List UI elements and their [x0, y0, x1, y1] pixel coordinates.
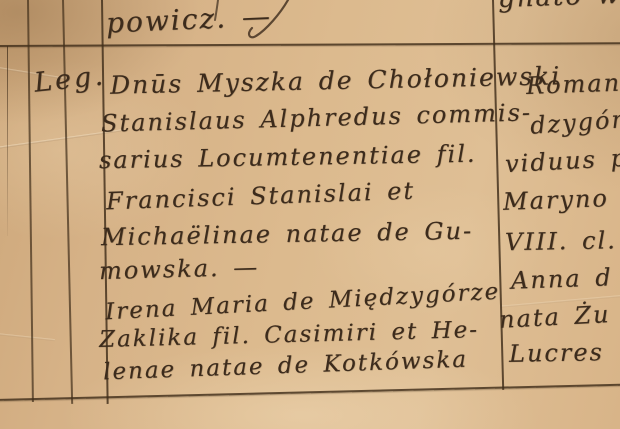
margin-note: Leg. — [33, 62, 107, 96]
handwritten-line: nata Żu — [498, 302, 611, 332]
left-column-rule-2 — [62, 0, 73, 404]
handwritten-line: Michaëlinae natae de Gu- — [101, 219, 473, 249]
row-separator-rule-top — [0, 42, 620, 47]
handwritten-line: dzygórz — [529, 106, 620, 138]
handwritten-line: Maryno — [503, 186, 610, 214]
handwritten-line: mowska. — — [99, 255, 260, 283]
handwritten-line: lenae natae de Kotkówska — [103, 349, 469, 385]
row-separator-rule-bottom — [0, 384, 620, 401]
handwritten-line: Stanislaus Alphredus commis- — [101, 100, 532, 135]
left-column-rule-1 — [27, 0, 33, 402]
previous-entry-main-fragment: powicz. — — [105, 2, 272, 37]
handwritten-line: viduus p — [504, 146, 620, 176]
handwritten-line: VIII. cl. g — [505, 228, 620, 254]
handwritten-line: Anna d — [511, 265, 613, 293]
handwritten-line: sarius Locumtenentiae fil. — [99, 142, 477, 173]
handwritten-line: Romana — [526, 70, 620, 98]
paper-crease — [0, 333, 55, 341]
handwritten-line: Francisci Stanislai et — [106, 179, 416, 214]
handwritten-line: Zaklika fil. Casimiri et He- — [99, 319, 480, 352]
handwritten-line: Lucres — [509, 340, 604, 366]
previous-entry-right-fragment: gnato w — [498, 0, 620, 12]
scanned-register-page: powicz. — gnato w Leg. Dnūs Myszka de Ch… — [0, 0, 620, 429]
margin-column-rule — [7, 46, 8, 236]
